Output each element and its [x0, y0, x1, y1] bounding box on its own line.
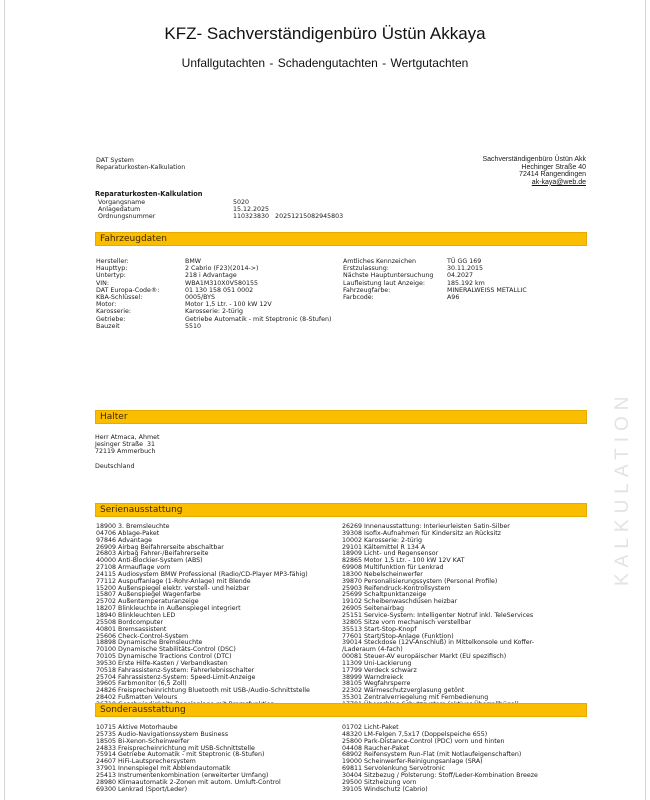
- section-header-special-equipment: Sonderausstattung: [95, 703, 587, 717]
- vehicle-field: KBA-Schlüssel:0005/BYS: [96, 294, 335, 301]
- page-edge: [645, 0, 646, 800]
- section-header-vehicle: Fahrzeugdaten: [95, 232, 587, 246]
- field-value: WBA1M310X0V580155: [185, 280, 335, 287]
- calculation-row: Vorgangsname 5020: [98, 199, 343, 206]
- section-title: Sonderausstattung: [100, 704, 186, 717]
- page-edge: [4, 0, 5, 800]
- document-subtitle: Unfallgutachten - Schadengutachten - Wer…: [0, 56, 650, 70]
- field-value: 0005/BYS: [185, 294, 335, 301]
- standard-equipment-right: 26269 Innenausstattung: Interieurleisten…: [342, 524, 592, 709]
- field-label: Hersteller:: [96, 258, 185, 265]
- field-value: 01 130 158 051 0002: [185, 287, 335, 294]
- field-label: Nächste Hauptuntersuchung: [343, 272, 447, 279]
- standard-equipment-left: 18900 3. Bremsleuchte04706 Ablage-Paket9…: [96, 524, 346, 709]
- field-value: A96: [447, 294, 459, 301]
- field-label: Karosserie:: [96, 308, 185, 315]
- system-module: Reparaturkosten-Kalkulation: [96, 164, 185, 171]
- holder-name: Herr Atmaca, Ahmet: [95, 434, 159, 441]
- field-value: 218 i Advantage: [185, 272, 335, 279]
- field-label: Erstzulassung:: [343, 265, 447, 272]
- field-value: Motor 1,5 Ltr. - 100 kW 12V: [185, 301, 335, 308]
- vehicle-field: Motor:Motor 1,5 Ltr. - 100 kW 12V: [96, 301, 335, 308]
- equipment-item: 69300 Lenkrad (Sport/Leder): [96, 787, 346, 794]
- calculation-row: Anlagedatum 15.12.2025: [98, 206, 343, 213]
- calculation-label: Anlagedatum: [98, 206, 233, 213]
- equipment-item: 39105 Windschutz (Cabrio): [342, 787, 592, 794]
- section-header-holder: Halter: [95, 410, 587, 424]
- field-value: 30.11.2015: [447, 265, 483, 272]
- calculation-label: Ordnungsnummer: [98, 213, 233, 220]
- field-label: Laufleistung laut Anzeige:: [343, 280, 447, 287]
- field-label: DAT Europa-Code®:: [96, 287, 185, 294]
- special-equipment-left: 10715 Aktive Motorhaube25735 Audio-Navig…: [96, 725, 346, 793]
- calculation-value: 5020: [233, 199, 249, 206]
- special-equipment-right: 01702 Licht-Paket48320 LM-Felgen 7,5x17 …: [342, 725, 592, 793]
- field-value: 04.2027: [447, 272, 473, 279]
- document-title: KFZ- Sachverständigenbüro Üstün Akkaya: [0, 24, 650, 44]
- field-value: 5510: [185, 323, 335, 330]
- field-value: BMW: [185, 258, 335, 265]
- vehicle-field: Haupttyp:2 Cabrio (F23)(2014->): [96, 265, 335, 272]
- vehicle-field: Nächste Hauptuntersuchung04.2027: [343, 272, 527, 279]
- calculation-label: Vorgangsname: [98, 199, 233, 206]
- system-info: DAT System Reparaturkosten-Kalkulation: [96, 157, 185, 171]
- section-title: Fahrzeugdaten: [100, 233, 167, 246]
- vehicle-field: Erstzulassung:30.11.2015: [343, 265, 527, 272]
- vehicle-field: VIN:WBA1M310X0V580155: [96, 280, 335, 287]
- vehicle-data-left: Hersteller:BMWHaupttyp:2 Cabrio (F23)(20…: [96, 258, 335, 330]
- vehicle-data-right: Amtliches KennzeichenTÜ GG 169Erstzulass…: [343, 258, 527, 301]
- field-label: VIN:: [96, 280, 185, 287]
- calculation-title: Reparaturkosten-Kalkulation: [95, 190, 202, 198]
- section-title: Serienausstattung: [100, 504, 183, 517]
- holder-street: Jesinger Straße 31: [95, 441, 159, 448]
- calculation-value: 15.12.2025: [233, 206, 269, 213]
- vehicle-field: Amtliches KennzeichenTÜ GG 169: [343, 258, 527, 265]
- field-label: Amtliches Kennzeichen: [343, 258, 447, 265]
- field-label: Untertyp:: [96, 272, 185, 279]
- field-label: Getriebe:: [96, 316, 185, 323]
- calculation-value: 110323830 20251215082945803: [233, 213, 343, 220]
- vehicle-field: Untertyp:218 i Advantage: [96, 272, 335, 279]
- field-label: Fahrzeugfarbe:: [343, 287, 447, 294]
- office-street: Hechinger Straße 40: [482, 164, 586, 172]
- field-label: Bauzeit: [96, 323, 185, 330]
- section-title: Halter: [100, 411, 128, 424]
- field-value: 185.192 km: [447, 280, 485, 287]
- field-value: Karosserie: 2-türig: [185, 308, 335, 315]
- holder-country: Deutschland: [95, 463, 159, 470]
- field-value: Getriebe Automatik - mit Steptronic (8-S…: [185, 316, 335, 323]
- holder-city: 72119 Ammerbuch: [95, 448, 159, 455]
- holder-address: Herr Atmaca, Ahmet Jesinger Straße 31 72…: [95, 434, 159, 470]
- vehicle-field: Karosserie:Karosserie: 2-türig: [96, 308, 335, 315]
- vehicle-field: DAT Europa-Code®:01 130 158 051 0002: [96, 287, 335, 294]
- vehicle-field: Bauzeit5510: [96, 323, 335, 330]
- section-header-standard-equipment: Serienausstattung: [95, 503, 587, 517]
- office-address: Sachverständigenbüro Üstün Akk Hechinger…: [482, 156, 586, 186]
- office-email-link[interactable]: ak-kaya@web.de: [482, 179, 586, 187]
- vehicle-field: Fahrzeugfarbe:MINERALWEISS METALLIC: [343, 287, 527, 294]
- system-name: DAT System: [96, 157, 185, 164]
- field-value: MINERALWEISS METALLIC: [447, 287, 527, 294]
- field-label: Motor:: [96, 301, 185, 308]
- watermark: KALKULATION: [612, 390, 634, 586]
- vehicle-field: Laufleistung laut Anzeige:185.192 km: [343, 280, 527, 287]
- calculation-details: Vorgangsname 5020 Anlagedatum 15.12.2025…: [98, 199, 343, 221]
- calculation-row: Ordnungsnummer 110323830 202512150829458…: [98, 213, 343, 220]
- field-value: 2 Cabrio (F23)(2014->): [185, 265, 335, 272]
- field-label: Haupttyp:: [96, 265, 185, 272]
- office-name: Sachverständigenbüro Üstün Akk: [482, 156, 586, 164]
- vehicle-field: Getriebe:Getriebe Automatik - mit Steptr…: [96, 316, 335, 323]
- vehicle-field: Farbcode:A96: [343, 294, 527, 301]
- field-value: TÜ GG 169: [447, 258, 481, 265]
- field-label: KBA-Schlüssel:: [96, 294, 185, 301]
- office-city: 72414 Rangendingen: [482, 171, 586, 179]
- field-label: Farbcode:: [343, 294, 447, 301]
- vehicle-field: Hersteller:BMW: [96, 258, 335, 265]
